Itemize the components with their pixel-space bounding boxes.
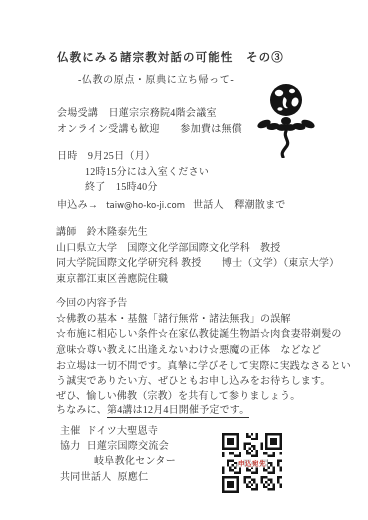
temple-crest-icon (256, 82, 316, 158)
venue-line: 会場受講 日蓮宗宗務院4階会議室 (57, 106, 242, 122)
notice-prefix: ちなみに、 (56, 405, 107, 416)
organizer-value: 原應仁 (118, 470, 149, 485)
entry-time-line: 12時15分には入室ください (57, 165, 209, 181)
message-line-2: う誠実でありたい方、ぜひともお申し込みをお待ちします。 (56, 375, 351, 390)
lecturer-name: 講師 鈴木隆泰先生 (56, 225, 339, 241)
preview-topic-1: ☆佛教の基本・基盤「諸行無常・諸法無我」の誤解 (56, 312, 342, 328)
preview-section: 今回の内容予告 ☆佛教の基本・基盤「諸行無常・諸法無我」の誤解 ☆布施に相応しい… (56, 296, 342, 358)
notice-underlined: 第4講は12月4日開催予定です。 (107, 405, 249, 418)
apply-email: taiw@ho-ko-ji.com (106, 201, 185, 211)
organizer-value: 日蓮宗国際交流会 (87, 439, 169, 454)
lecturer-affiliation-2: 同大学院国際文化学研究科 教授 博士（文学）（東京大学） (56, 256, 339, 272)
apply-contact: 世話人 釋潮散まで (193, 196, 286, 211)
flyer-page: 仏教にみる諸宗教対話の可能性 その③ -仏教の原点・原典に立ち帰って- (0, 0, 368, 520)
page-title: 仏教にみる諸宗教対話の可能性 その③ (57, 49, 284, 65)
next-session-notice: ちなみに、第4講は12月4日開催予定です。 (56, 404, 351, 419)
organizer-row: 岐阜教化センター (60, 454, 176, 469)
organizer-label: 共同世話人 (60, 470, 112, 485)
lecturer-affiliation-3: 東京都江東区善應院住職 (56, 272, 339, 288)
message-line-1: お立場は一切不問です。真摯に学びそして実際に実践なさるとい (56, 360, 351, 375)
apply-prefix: 申込み→ (57, 196, 98, 211)
qr-code: 申込宛先 (222, 433, 282, 493)
organizer-row: 共同世話人 原應仁 (60, 470, 176, 485)
lecturer-affiliation-1: 山口県立大学 国際文化学部国際文化学科 教授 (56, 241, 339, 257)
venue-section: 会場受講 日蓮宗宗務院4階会議室 オンライン受講も歓迎 参加費は無償 (57, 106, 242, 138)
organizer-value: ドイツ大聖恩寺 (87, 424, 159, 439)
organizer-row: 主催 ドイツ大聖恩寺 (60, 424, 176, 439)
organizer-label: 協力 (60, 439, 81, 454)
end-time-line: 終了 15時40分 (57, 180, 209, 196)
lecturer-section: 講師 鈴木隆泰先生 山口県立大学 国際文化学部国際文化学科 教授 同大学院国際文… (56, 225, 339, 287)
preview-topic-3: 意味☆尊い教えに出逢えないわけ☆悪魔の正体 などなど (56, 343, 342, 359)
date-line: 日時 9月25日（月） (57, 149, 209, 165)
qr-label: 申込宛先 (237, 459, 267, 468)
preview-heading: 今回の内容予告 (56, 296, 342, 312)
application-row: 申込み→ taiw@ho-ko-ji.com 世話人 釋潮散まで (57, 196, 286, 211)
organizer-row: 協力 日蓮宗国際交流会 (60, 439, 176, 454)
online-line: オンライン受講も歓迎 参加費は無償 (57, 122, 242, 138)
message-section: お立場は一切不問です。真摯に学びそして実際に実践なさるとい う誠実でありたい方、… (56, 360, 351, 419)
message-line-3: ぜひ、愉しい佛教（宗教）を共有して参りましょう。 (56, 390, 351, 405)
schedule-section: 日時 9月25日（月） 12時15分には入室ください 終了 15時40分 (57, 149, 209, 196)
organizer-value: 岐阜教化センター (94, 454, 176, 469)
organizers-section: 主催 ドイツ大聖恩寺 協力 日蓮宗国際交流会 岐阜教化センター 共同世話人 原應… (60, 424, 176, 485)
preview-topic-2: ☆布施に相応しい条件☆在家仏教徒誕生物語☆肉食妻帯剃髪の (56, 327, 342, 343)
organizer-label: 主催 (60, 424, 81, 439)
page-subtitle: -仏教の原点・原典に立ち帰って- (78, 71, 234, 86)
